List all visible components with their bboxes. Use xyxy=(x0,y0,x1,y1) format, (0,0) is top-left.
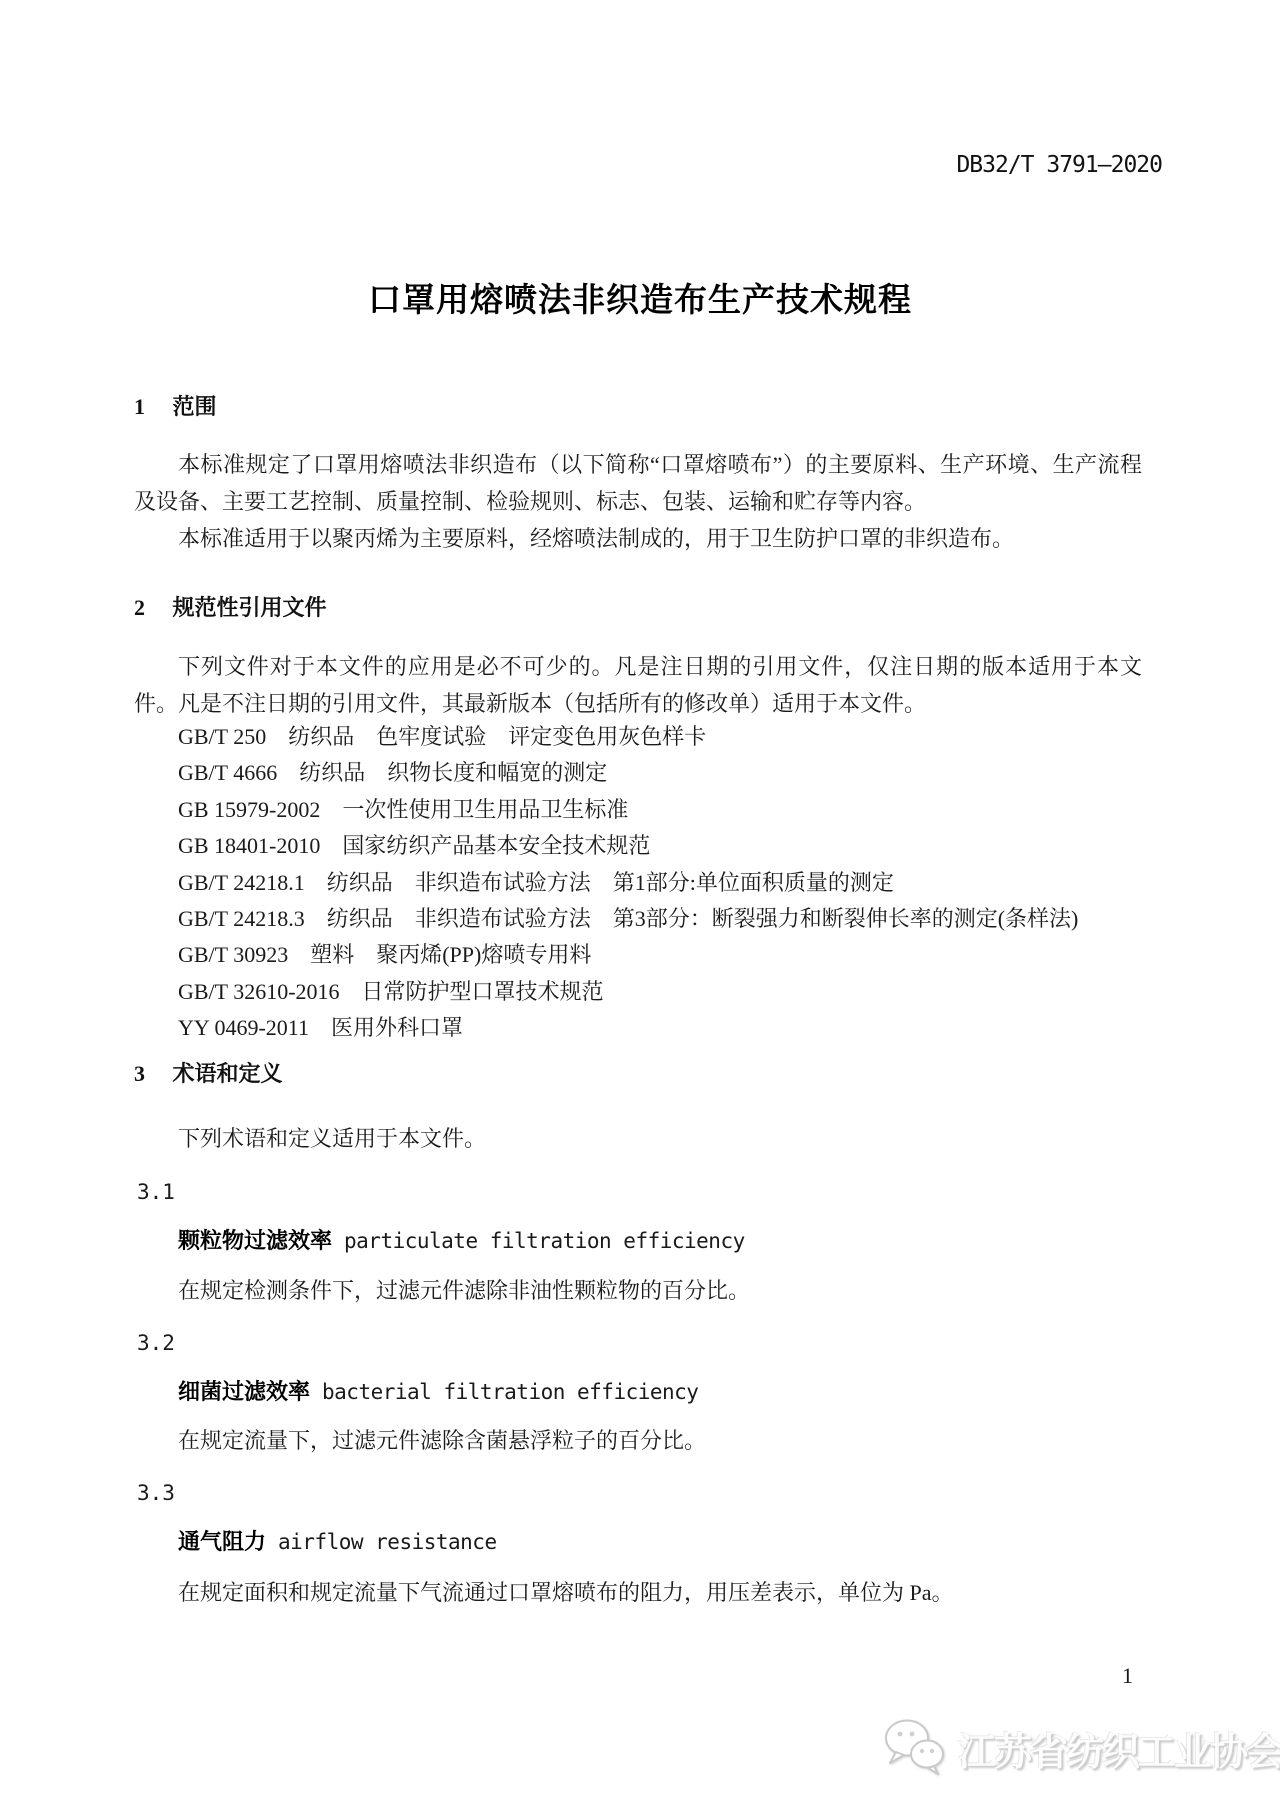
reference-item: GB/T 250 纺织品 色牢度试验 评定变色用灰色样卡 xyxy=(134,719,1194,755)
watermark: 江苏省纺织工业协会 xyxy=(882,1716,1280,1781)
wechat-icon xyxy=(882,1716,948,1781)
reference-item: GB/T 30923 塑料 聚丙烯(PP)熔喷专用料 xyxy=(134,937,1194,973)
paragraph: 本标准适用于以聚丙烯为主要原料，经熔喷法制成的，用于卫生防护口罩的非织造布。 xyxy=(134,520,1142,557)
scope-paragraphs: 本标准规定了口罩用熔喷法非织造布（以下简称“口罩熔喷布”）的主要原料、生产环境、… xyxy=(134,446,1142,557)
reference-item: GB/T 24218.3 纺织品 非织造布试验方法 第3部分：断裂强力和断裂伸长… xyxy=(134,901,1194,937)
term-number: 3.1 xyxy=(137,1180,175,1204)
section-label: 术语和定义 xyxy=(173,1061,283,1086)
page-number: 1 xyxy=(1122,1663,1133,1689)
section-heading-scope: 1 范围 xyxy=(134,390,217,421)
paragraph: 下列术语和定义适用于本文件。 xyxy=(134,1120,1142,1157)
term-name: 颗粒物过滤效率particulate filtration efficiency xyxy=(178,1224,745,1255)
term-name: 细菌过滤效率bacterial filtration efficiency xyxy=(178,1375,698,1406)
term-number: 3.3 xyxy=(137,1481,175,1505)
reference-item: YY 0469-2011 医用外科口罩 xyxy=(134,1010,1194,1046)
paragraph: 下列文件对于本文件的应用是必不可少的。凡是注日期的引用文件，仅注日期的版本适用于… xyxy=(134,648,1142,722)
term-name-zh: 细菌过滤效率 xyxy=(178,1379,310,1404)
watermark-text: 江苏省纺织工业协会 xyxy=(958,1721,1280,1776)
normative-references-intro: 下列文件对于本文件的应用是必不可少的。凡是注日期的引用文件，仅注日期的版本适用于… xyxy=(134,648,1142,722)
section-number: 1 xyxy=(134,394,145,420)
section-heading-terms: 3 术语和定义 xyxy=(134,1057,283,1088)
reference-item: GB/T 32610-2016 日常防护型口罩技术规范 xyxy=(134,974,1194,1010)
term-name-zh: 通气阻力 xyxy=(178,1529,266,1554)
term-name-en: particulate filtration efficiency xyxy=(344,1229,745,1253)
term-name: 通气阻力airflow resistance xyxy=(178,1525,497,1556)
term-name-en: bacterial filtration efficiency xyxy=(322,1380,698,1404)
reference-list: GB/T 250 纺织品 色牢度试验 评定变色用灰色样卡 GB/T 4666 纺… xyxy=(134,719,1194,1047)
section-label: 规范性引用文件 xyxy=(173,595,327,620)
term-definition: 在规定面积和规定流量下气流通过口罩熔喷布的阻力，用压差表示，单位为 Pa。 xyxy=(178,1576,954,1607)
paragraph: 本标准规定了口罩用熔喷法非织造布（以下简称“口罩熔喷布”）的主要原料、生产环境、… xyxy=(134,446,1142,520)
reference-item: GB 18401-2010 国家纺织产品基本安全技术规范 xyxy=(134,828,1194,864)
section-heading-normative-references: 2 规范性引用文件 xyxy=(134,591,327,622)
term-number: 3.2 xyxy=(137,1331,175,1355)
section-label: 范围 xyxy=(173,394,217,419)
document-page: DB32/T 3791—2020 口罩用熔喷法非织造布生产技术规程 1 范围 本… xyxy=(0,0,1280,1810)
reference-item: GB/T 24218.1 纺织品 非织造布试验方法 第1部分:单位面积质量的测定 xyxy=(134,865,1194,901)
terms-intro: 下列术语和定义适用于本文件。 xyxy=(134,1120,1142,1157)
term-definition: 在规定检测条件下，过滤元件滤除非油性颗粒物的百分比。 xyxy=(178,1274,750,1305)
doc-number: DB32/T 3791—2020 xyxy=(956,152,1162,178)
section-number: 2 xyxy=(134,595,145,621)
term-definition: 在规定流量下，过滤元件滤除含菌悬浮粒子的百分比。 xyxy=(178,1424,706,1455)
reference-item: GB 15979-2002 一次性使用卫生用品卫生标准 xyxy=(134,792,1194,828)
term-name-en: airflow resistance xyxy=(278,1530,497,1554)
reference-item: GB/T 4666 纺织品 织物长度和幅宽的测定 xyxy=(134,755,1194,791)
section-number: 3 xyxy=(134,1061,145,1087)
term-name-zh: 颗粒物过滤效率 xyxy=(178,1228,332,1253)
document-title: 口罩用熔喷法非织造布生产技术规程 xyxy=(0,274,1280,321)
